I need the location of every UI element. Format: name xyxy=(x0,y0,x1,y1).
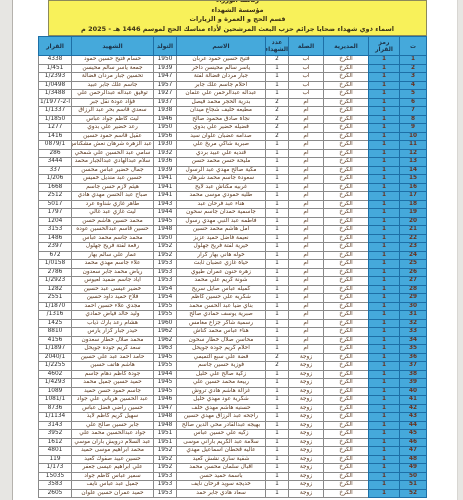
cell-decision: 1/4293 xyxy=(39,379,72,388)
cell-birth: 1952 xyxy=(154,251,177,260)
cell-decision: 1/173 xyxy=(39,464,72,473)
cell-name: نجاة صادق محمود صالح xyxy=(177,115,266,124)
cell-martyr: توفيق عبداله عبدالرحمن علي xyxy=(72,90,154,99)
table-row: 121الكرخام1قنديه علي عبيد بردي1932سامي ع… xyxy=(39,149,427,158)
cell-birth: 1953 xyxy=(154,472,177,481)
cell-code: 1 xyxy=(369,277,400,286)
cell-martyr: جودة كاظم دهام جاسم xyxy=(72,370,154,379)
cell-martyr: حامد احمد عبد علي حسين xyxy=(72,353,154,362)
cell-seq: 14 xyxy=(400,166,427,175)
cell-relation: ام xyxy=(289,319,324,328)
table-row: 441الكرخزوجة1بهيجه عبدالقادر محي الدين ص… xyxy=(39,421,427,430)
cell-code: 1 xyxy=(369,115,400,124)
cell-martyr: علي ابراهيم عيسى جعفر xyxy=(72,464,154,473)
cell-seq: 32 xyxy=(400,319,427,328)
cell-birth: 1943 xyxy=(154,200,177,209)
cell-seq: 17 xyxy=(400,192,427,201)
cell-martyr: عبد الحسين هرياني علي جواد xyxy=(72,396,154,405)
cell-birth: 1950 xyxy=(154,124,177,133)
cell-directorate: الكرخ xyxy=(324,328,369,337)
cell-decision: 1/451 xyxy=(39,64,72,73)
cell-name: احلام كريم جوده جويحل xyxy=(177,345,266,354)
cell-code: 1 xyxy=(369,217,400,226)
cell-name: راجحه عبد الرزاق مهدي حسين xyxy=(177,413,266,422)
table-row: 191الكرخام1جاسمية حمدان جاسم سحون1944ليث… xyxy=(39,209,427,218)
cell-relation: ام xyxy=(289,294,324,303)
cell-relation: ام xyxy=(289,98,324,107)
cell-name: جاسمية حمدان جاسم سحون xyxy=(177,209,266,218)
cell-birth: 1960 xyxy=(154,319,177,328)
cell-decision: 1204 xyxy=(39,217,72,226)
cell-directorate: الكرخ xyxy=(324,81,369,90)
cell-directorate: الكرخ xyxy=(324,251,369,260)
cell-birth: 1927 xyxy=(154,90,177,99)
cell-seq: 5 xyxy=(400,90,427,99)
column-header-birth: التولد xyxy=(154,37,177,56)
cell-martyrs_count: 1 xyxy=(266,311,289,320)
table-row: 361الكرخزوجة2فضة علي سبع التميمي1945حامد… xyxy=(39,353,427,362)
cell-code: 1 xyxy=(369,464,400,473)
cell-seq: 21 xyxy=(400,226,427,235)
cell-birth: 1936 xyxy=(154,158,177,167)
cell-decision: 1416 xyxy=(39,132,72,141)
cell-seq: 52 xyxy=(400,489,427,498)
cell-directorate: الكرخ xyxy=(324,124,369,133)
cell-directorate: الكرخ xyxy=(324,192,369,201)
cell-code: 1 xyxy=(369,132,400,141)
cell-name: امل هاشم محمد حسين xyxy=(177,226,266,235)
cell-relation: ام xyxy=(289,311,324,320)
table-row: 421الكرخزوجة1حسنيه هاشم مهدي خلف1947حسين… xyxy=(39,404,427,413)
table-row: 351الكرخام1احلام كريم جوده جويحل1963سعد … xyxy=(39,345,427,354)
cell-decision: 0879/1 xyxy=(39,141,72,150)
cell-directorate: الكرخ xyxy=(324,362,369,371)
cell-directorate: الكرخ xyxy=(324,379,369,388)
cell-martyrs_count: 1 xyxy=(266,464,289,473)
cell-name: عاليه قحطان اسماعيل مهدي xyxy=(177,447,266,456)
cell-martyr: جاسم حمود حسن حميد xyxy=(72,387,154,396)
cell-decision: 1797 xyxy=(39,209,72,218)
cell-directorate: الكرخ xyxy=(324,260,369,269)
cell-relation: ام xyxy=(289,277,324,286)
cell-directorate: الكرخ xyxy=(324,90,369,99)
cell-seq: 47 xyxy=(400,447,427,456)
table-row: 81الكرخام2نجاة صادق محمود صالح1946ليث كا… xyxy=(39,115,427,124)
cell-seq: 16 xyxy=(400,183,427,192)
cell-relation: زوجة xyxy=(289,489,324,498)
table-row: 431الكرخزوجة1راجحه عبد الرزاق مهدي حسين1… xyxy=(39,413,427,422)
cell-directorate: الكرخ xyxy=(324,209,369,218)
cell-martyr: سمير عباس كاظم جواد xyxy=(72,472,154,481)
cell-martyr: جميل عبد عباس نايف xyxy=(72,481,154,490)
cell-name: شكريه علي حسين كاظم xyxy=(177,294,266,303)
cell-relation: زوجة xyxy=(289,396,324,405)
cell-name: ياسر سالم محيسن داخر xyxy=(177,64,266,73)
cell-code: 1 xyxy=(369,404,400,413)
cell-seq: 3 xyxy=(400,73,427,82)
cell-name: عبداله عبدالرحمن علي عثمان xyxy=(177,90,266,99)
cell-code: 1 xyxy=(369,421,400,430)
cell-birth: 1953 xyxy=(154,489,177,498)
table-row: 381الكرخزوجة1زكية صالح علي خليل1944جودة … xyxy=(39,370,427,379)
cell-relation: اب xyxy=(289,81,324,90)
cell-name: صبرية شاكي مربخ علي xyxy=(177,141,266,150)
cell-martyrs_count: 1 xyxy=(266,430,289,439)
cell-relation: زوجة xyxy=(289,353,324,362)
table-row: 61الكرخام2بدرية الحجر محمد فيصل1937فؤاد … xyxy=(39,98,427,107)
cell-relation: ام xyxy=(289,345,324,354)
cell-decision: 1425 xyxy=(39,319,72,328)
cell-birth: 1953 xyxy=(154,481,177,490)
cell-decision: 3153 xyxy=(39,226,72,235)
cell-martyr: اياد جاسم ضميد لعيوس xyxy=(72,277,154,286)
banner-line-list-title: اسماء ذوي شهداء ضحايا جرائم حزب البعث ال… xyxy=(49,25,426,35)
cell-martyr: جمعة ياسر سالم محيسن xyxy=(72,64,154,73)
cell-relation: ام xyxy=(289,149,324,158)
cell-decision: 1282 xyxy=(39,285,72,294)
document-page: رئاسة الوزراء مؤسسة الشهداء قسم الحج و ا… xyxy=(12,0,458,500)
cell-name: هناء عباس محمد كناش xyxy=(177,328,266,337)
cell-birth: 1932 xyxy=(154,149,177,158)
cell-seq: 23 xyxy=(400,243,427,252)
table-header: ترمز القرارالمديريةالصلةعدد الشهداءالاسم… xyxy=(39,37,427,56)
cell-decision: 3952 xyxy=(39,430,72,439)
cell-martyrs_count: 1 xyxy=(266,209,289,218)
cell-relation: ام xyxy=(289,209,324,218)
cell-directorate: الكرخ xyxy=(324,311,369,320)
cell-martyr: فلاح حميد داود حسين xyxy=(72,294,154,303)
table-row: 371الكرخزوجة2فوزية حسين جاسم1955هاشم هات… xyxy=(39,362,427,371)
cell-code: 1 xyxy=(369,56,400,65)
cell-birth: 1946 xyxy=(154,115,177,124)
cell-decision: 119 xyxy=(39,455,72,464)
cell-birth: 1950 xyxy=(154,234,177,243)
cell-directorate: الكرخ xyxy=(324,98,369,107)
cell-seq: 28 xyxy=(400,285,427,294)
cell-name: ربيعة محمد حسين علي xyxy=(177,379,266,388)
cell-code: 1 xyxy=(369,362,400,371)
cell-seq: 10 xyxy=(400,132,427,141)
cell-decision: 1/206 xyxy=(39,175,72,184)
cell-code: 1 xyxy=(369,438,400,447)
cell-seq: 31 xyxy=(400,311,427,320)
cell-martyr: هاشم هاتف حسين xyxy=(72,362,154,371)
cell-directorate: الكرخ xyxy=(324,404,369,413)
cell-martyr: هشام رعد بارك ذياب xyxy=(72,319,154,328)
cell-martyrs_count: 1 xyxy=(266,268,289,277)
cell-seq: 24 xyxy=(400,251,427,260)
cell-decision: 2551 xyxy=(39,294,72,303)
cell-seq: 19 xyxy=(400,209,427,218)
cell-birth: 1955 xyxy=(154,302,177,311)
cell-directorate: الكرخ xyxy=(324,268,369,277)
cell-seq: 9 xyxy=(400,124,427,133)
cell-martyr: جابر حسين صالح علي xyxy=(72,421,154,430)
cell-relation: ام xyxy=(289,243,324,252)
cell-decision: 1/1337 xyxy=(39,107,72,116)
cell-code: 1 xyxy=(369,430,400,439)
cell-directorate: الكرخ xyxy=(324,64,369,73)
cell-decision: 286 xyxy=(39,149,72,158)
cell-seq: 29 xyxy=(400,294,427,303)
cell-name: بدرية الحجر محمد فيصل xyxy=(177,98,266,107)
cell-seq: 30 xyxy=(400,302,427,311)
cell-name: كميله عباس صايل سريح xyxy=(177,285,266,294)
cell-relation: اب xyxy=(289,56,324,65)
pilgrims-table: ترمز القرارالمديريةالصلةعدد الشهداءالاسم… xyxy=(38,36,427,498)
screenshot-root: { "banner": { "bg_color": "#f8f15a", "li… xyxy=(0,0,463,500)
cell-directorate: الكرخ xyxy=(324,396,369,405)
cell-seq: 25 xyxy=(400,260,427,269)
cell-martyr: عمار علي سالم بهار xyxy=(72,251,154,260)
cell-name: زكية صالح علي خليل xyxy=(177,370,266,379)
cell-seq: 33 xyxy=(400,328,427,337)
cell-name: شونة كريم علي محمد xyxy=(177,277,266,286)
table-row: 311الكرخام1صبرية يوسف حمادي صالح1955وليد… xyxy=(39,311,427,320)
cell-birth: 1937 xyxy=(154,98,177,107)
cell-directorate: الكرخ xyxy=(324,277,369,286)
cell-martyrs_count: 1 xyxy=(266,175,289,184)
cell-martyr: صباح عبد الحسن مهدي هادي xyxy=(72,192,154,201)
cell-martyrs_count: 2 xyxy=(266,107,289,116)
cell-birth: 1947 xyxy=(154,73,177,82)
table-row: 131الكرخام1مليحة حسن محمد حسن1936سلام عب… xyxy=(39,158,427,167)
cell-decision: 1/1977-2-أ xyxy=(39,98,72,107)
cell-martyr: حيدر جبار كزار يارس xyxy=(72,328,154,337)
cell-relation: زوجة xyxy=(289,379,324,388)
cell-martyrs_count: 1 xyxy=(266,200,289,209)
table-row: 181الكرخام1هناء عبد فرحان عبد1943طاهر غا… xyxy=(39,200,427,209)
cell-relation: ام xyxy=(289,107,324,116)
cell-seq: 15 xyxy=(400,175,427,184)
cell-name: نعيمة فاضل حميد عزيز xyxy=(177,234,266,243)
table-row: 331الكرخام1هناء عباس محمد كناش1962حيدر ج… xyxy=(39,328,427,337)
table-row: 521الكرخزوجة1سعاد هادي جابر حمد1953حميد … xyxy=(39,489,427,498)
cell-martyr: محمد صلال خطار سعدون xyxy=(72,336,154,345)
cell-name: بناي ضيا عبد الحسن محمد xyxy=(177,302,266,311)
table-row: 221الكرخام1نعيمة فاضل حميد عزيز1950محمد … xyxy=(39,234,427,243)
cell-name: فضة علي سبع التميمي xyxy=(177,353,266,362)
cell-martyrs_count: 1 xyxy=(266,472,289,481)
cell-martyr: مجدي علاء حسين احمد xyxy=(72,302,154,311)
column-header-directorate: المديرية xyxy=(324,37,369,56)
cell-martyr: رعد خضير علي بدوي xyxy=(72,124,154,133)
cell-code: 1 xyxy=(369,379,400,388)
cell-code: 1 xyxy=(369,192,400,201)
cell-birth: 1952 xyxy=(154,243,177,252)
cell-martyrs_count: 2 xyxy=(266,115,289,124)
cell-martyrs_count: 1 xyxy=(266,421,289,430)
column-header-decision: القرار xyxy=(39,37,72,56)
cell-birth: 1957 xyxy=(154,81,177,90)
cell-birth: 1948 xyxy=(154,421,177,430)
cell-directorate: الكرخ xyxy=(324,481,369,490)
cell-decision: 2605 xyxy=(39,489,72,498)
cell-code: 1 xyxy=(369,336,400,345)
cell-directorate: الكرخ xyxy=(324,56,369,65)
cell-birth: 1951 xyxy=(154,438,177,447)
cell-martyrs_count: 2 xyxy=(266,353,289,362)
cell-directorate: الكرخ xyxy=(324,302,369,311)
cell-seq: 36 xyxy=(400,353,427,362)
cell-seq: 51 xyxy=(400,481,427,490)
cell-martyr: سعدي قاسم بحر عبد الرزاق xyxy=(72,107,154,116)
table-row: 201الكرخام1فاطمه عبد النبي مهدي رسول1945… xyxy=(39,217,427,226)
cell-code: 1 xyxy=(369,396,400,405)
cell-martyrs_count: 1 xyxy=(266,217,289,226)
cell-code: 1 xyxy=(369,489,400,498)
cell-martyrs_count: 2 xyxy=(266,132,289,141)
cell-code: 1 xyxy=(369,387,400,396)
cell-name: فاطمه عبد النبي مهدي رسول xyxy=(177,217,266,226)
cell-seq: 41 xyxy=(400,396,427,405)
cell-decision: 1/2255 xyxy=(39,362,72,371)
cell-martyrs_count: 1 xyxy=(266,319,289,328)
table-row: 271الكرخام1شونة كريم علي محمد1953اياد جا… xyxy=(39,277,427,286)
cell-martyrs_count: 1 xyxy=(266,370,289,379)
cell-seq: 18 xyxy=(400,200,427,209)
cell-seq: 46 xyxy=(400,438,427,447)
cell-decision: 1668 xyxy=(39,183,72,192)
cell-martyr: سلام عبدالهادي عبدالجبار محمد xyxy=(72,158,154,167)
cell-relation: ام xyxy=(289,183,324,192)
cell-decision: 1/0158 xyxy=(39,260,72,269)
cell-code: 1 xyxy=(369,98,400,107)
cell-martyrs_count: 1 xyxy=(266,294,289,303)
table-row: 401الكرخزوجة1غزالة هاشم هادي تروش1945جاس… xyxy=(39,387,427,396)
cell-decision: 1486 xyxy=(39,234,72,243)
cell-code: 1 xyxy=(369,285,400,294)
cell-seq: 12 xyxy=(400,149,427,158)
cell-birth: 1962 xyxy=(154,336,177,345)
cell-name: باسمة حميد حسن xyxy=(177,472,266,481)
cell-martyr: سامي عبد الحسين علي شمخي xyxy=(72,149,154,158)
table-row: 91الكرخام2فضيله خضير علي بدوي1950رعد خضي… xyxy=(39,124,427,133)
table-row: 451الكرخزوجة1زكيه علي حسين عباس1951جواد … xyxy=(39,430,427,439)
table-row: 251الكرخام1حياة غازي عضبان ثابت1953علاء … xyxy=(39,260,427,269)
cell-birth: 1953 xyxy=(154,260,177,269)
cell-birth: 1954 xyxy=(154,285,177,294)
cell-martyr: حميد حسين جميل محمد xyxy=(72,379,154,388)
table-row: 111الكرخام1صبرية شاكي مربخ علي1930عبد ال… xyxy=(39,141,427,150)
cell-martyrs_count: 1 xyxy=(266,396,289,405)
table-row: 141الكرخام1مكية صالح مهدي عبد الرسول1939… xyxy=(39,166,427,175)
cell-decision: 2786 xyxy=(39,268,72,277)
cell-relation: زوجة xyxy=(289,481,324,490)
cell-martyrs_count: 1 xyxy=(266,234,289,243)
table-row: 511الكرخزوجة1خديجه سويد فرحان نايف1953جم… xyxy=(39,481,427,490)
cell-decision: 1/3488 xyxy=(39,90,72,99)
cell-name: سعاد هادي جابر حمد xyxy=(177,489,266,498)
table-row: 241الكرخام1خوله هاني بهار كرار1952عمار ع… xyxy=(39,251,427,260)
cell-directorate: الكرخ xyxy=(324,166,369,175)
cell-martyr: محمد حسين هاشم حسن xyxy=(72,217,154,226)
table-row: 211الكرخام1امل هاشم محمد حسين1948حسين قا… xyxy=(39,226,427,235)
cell-martyrs_count: 1 xyxy=(266,192,289,201)
cell-directorate: الكرخ xyxy=(324,294,369,303)
cell-directorate: الكرخ xyxy=(324,438,369,447)
cell-martyr: محمد ابراهيم موسى حميد xyxy=(72,447,154,456)
cell-martyrs_count: 1 xyxy=(266,345,289,354)
cell-relation: ام xyxy=(289,200,324,209)
cell-martyr: حسين قاسم عبدالحسين عوده xyxy=(72,226,154,235)
cell-martyr: سعد كريم جوده جويحل xyxy=(72,345,154,354)
cell-relation: ام xyxy=(289,192,324,201)
cell-code: 1 xyxy=(369,226,400,235)
cell-birth: 1930 xyxy=(154,141,177,150)
cell-name: هناء عبد فرحان عبد xyxy=(177,200,266,209)
cell-birth: 1944 xyxy=(154,370,177,379)
cell-martyr: حسين عبد منديل خميس xyxy=(72,175,154,184)
cell-seq: 2 xyxy=(400,64,427,73)
cell-name: محاسن صلال خطار سحون xyxy=(177,336,266,345)
cell-relation: ام xyxy=(289,268,324,277)
header-row: ترمز القرارالمديريةالصلةعدد الشهداءالاسم… xyxy=(39,37,427,56)
cell-martyr: عقيل قاسم حمود حسين xyxy=(72,132,154,141)
cell-decision: 1/1870 xyxy=(39,302,72,311)
column-header-martyr: الشهيد xyxy=(72,37,154,56)
table-row: 51الكرخاب1عبداله عبدالرحمن علي عثمان1927… xyxy=(39,90,427,99)
cell-directorate: الكرخ xyxy=(324,413,369,422)
cell-martyr: ليث غازي عبد غالي xyxy=(72,209,154,218)
cell-code: 1 xyxy=(369,353,400,362)
cell-code: 1 xyxy=(369,183,400,192)
cell-decision: /1316 xyxy=(39,311,72,320)
table-row: 301الكرخام1بناي ضيا عبد الحسن محمد1955مج… xyxy=(39,302,427,311)
cell-relation: زوجة xyxy=(289,464,324,473)
cell-martyrs_count: 1 xyxy=(266,260,289,269)
cell-birth: 1946 xyxy=(154,396,177,405)
cell-decision: 337 xyxy=(39,166,72,175)
cell-decision: 672 xyxy=(39,251,72,260)
cell-decision: 4156 xyxy=(39,336,72,345)
cell-directorate: الكرخ xyxy=(324,73,369,82)
cell-martyr: محمد جاسم محمد عباس xyxy=(72,234,154,243)
cell-name: مكية صالح مهدي عبد الرسول xyxy=(177,166,266,175)
cell-code: 1 xyxy=(369,294,400,303)
table-row: 151الكرخام1سعودة جاسم محمد شرهان1941حسين… xyxy=(39,175,427,184)
cell-decision: 1/2393 xyxy=(39,73,72,82)
cell-directorate: الكرخ xyxy=(324,430,369,439)
cell-decision: 1/1850 xyxy=(39,115,72,124)
cell-seq: 35 xyxy=(400,345,427,354)
cell-name: خوله هاني بهار كرار xyxy=(177,251,266,260)
cell-directorate: الكرخ xyxy=(324,183,369,192)
cell-directorate: الكرخ xyxy=(324,336,369,345)
banner-line-foundation: مؤسسة الشهداء xyxy=(49,6,426,16)
cell-code: 1 xyxy=(369,166,400,175)
cell-code: 1 xyxy=(369,268,400,277)
cell-code: 1 xyxy=(369,345,400,354)
cell-decision: 1612 xyxy=(39,438,72,447)
cell-name: بهيجه عبدالقادر محي الدين صالح xyxy=(177,421,266,430)
cell-code: 1 xyxy=(369,158,400,167)
cell-seq: 13 xyxy=(400,158,427,167)
cell-name: رسمية شاكر جزاع مغامس xyxy=(177,319,266,328)
cell-relation: ام xyxy=(289,226,324,235)
column-header-code: رمز القرار xyxy=(369,37,400,56)
cell-directorate: الكرخ xyxy=(324,472,369,481)
cell-martyr: هيثم لازم حسن جاسم xyxy=(72,183,154,192)
cell-seq: 43 xyxy=(400,413,427,422)
cell-martyr: رياض محمد جابر سعدون xyxy=(72,268,154,277)
cell-birth: 1955 xyxy=(154,311,177,320)
cell-birth: 1948 xyxy=(154,413,177,422)
cell-directorate: الكرخ xyxy=(324,353,369,362)
cell-seq: 11 xyxy=(400,141,427,150)
cell-directorate: الكرخ xyxy=(324,141,369,150)
title-banner: رئاسة الوزراء مؤسسة الشهداء قسم الحج و ا… xyxy=(48,0,427,36)
